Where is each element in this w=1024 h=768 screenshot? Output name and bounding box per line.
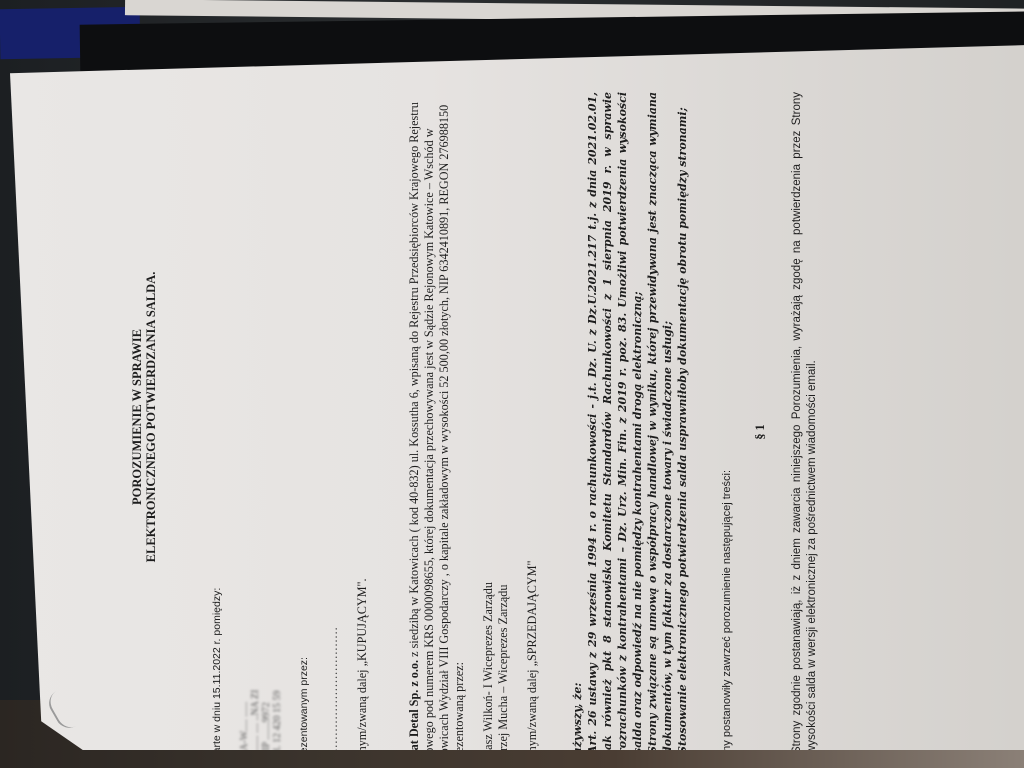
representative-2: Andrzej Mucha – Wiceprezes Zarządu (496, 92, 511, 768)
concluded-on: zawarte w dniu 15.11.2022 r. pomiędzy: (210, 92, 225, 768)
seller-block: Rabat Detal Sp. z o.o. z siedzibą w Kato… (407, 92, 452, 768)
agreement-intro: Strony postanowiły zawrzeć porozumienie … (720, 92, 735, 768)
buyer-line-2: ......... .... ..NA ZI (250, 92, 261, 758)
signature-dotted-line: .................................... (326, 92, 341, 768)
whereas-label: Zważywszy, że: (570, 92, 585, 768)
whereas-item: Art. 26 ustawy z 29 września 1994 r. o r… (585, 92, 645, 754)
document-page: POROZUMIENIE W SPRAWIE ELEKTRONICZNEGO P… (10, 30, 1024, 750)
whereas-item: Strony związane są umową o współpracy ha… (645, 92, 675, 754)
buyer-line-1: KA-W..... ...... (239, 92, 250, 758)
seller-called: zwanym/zwaną dalej „SPRZEDAJĄCYM" (525, 92, 540, 768)
buyer-called: zwanym/zwaną dalej „KUPUJĄCYM". (355, 92, 370, 768)
buyer-represented-by: reprezentowanym przez: (297, 92, 312, 768)
whereas-item: Stosowanie elektronicznego potwierdzenia… (675, 92, 690, 754)
and-label: a (392, 92, 407, 768)
document-title: POROZUMIENIE W SPRAWIE ELEKTRONICZNEGO P… (130, 92, 158, 768)
buyer-nip: NIP .......9972 (261, 92, 272, 758)
buyer-phone: tel. 12 420 15 59 (272, 92, 283, 758)
section-item: Strony zgodnie postanawiają, iż z dniem … (790, 92, 820, 754)
buyer-redacted-block: KA-W..... ...... ......... .... ..NA ZI … (239, 92, 283, 768)
whereas-list: Art. 26 ustawy z 29 września 1994 r. o r… (585, 92, 690, 768)
section-1-list: Strony zgodnie postanawiają, iż z dniem … (790, 92, 820, 768)
title-line-2: ELEKTRONICZNEGO POTWIERDZANIA SALDA. (144, 92, 158, 742)
section-label: § 1 (753, 92, 768, 768)
document-content: POROZUMIENIE W SPRAWIE ELEKTRONICZNEGO P… (130, 92, 950, 768)
representative-1: Tomasz Wilkoń- I Wiceprezes Zarządu (481, 92, 496, 768)
title-line-1: POROZUMIENIE W SPRAWIE (130, 92, 144, 742)
seller-represented-by: reprezentowaną przez: (452, 92, 467, 768)
